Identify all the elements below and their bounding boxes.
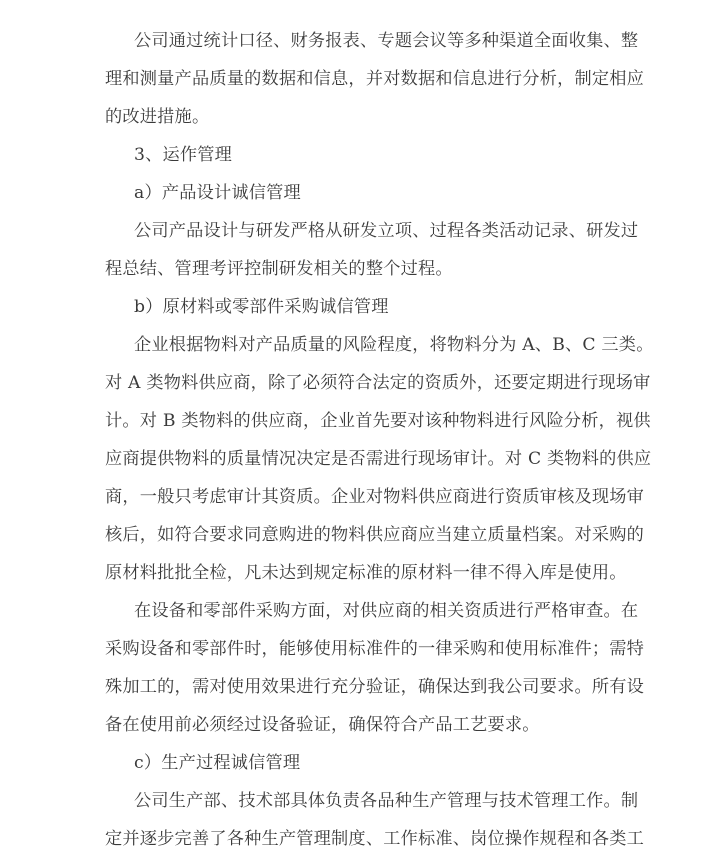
text-line: 定并逐步完善了各种生产管理制度、工作标准、岗位操作规程和各类工 xyxy=(105,820,627,855)
text-line: 核后，如符合要求同意购进的物料供应商应当建立质量档案。对采购的 xyxy=(105,516,627,554)
subheading-production: c）生产过程诚信管理 xyxy=(105,744,627,782)
text-line: 程总结、管理考评控制研发相关的整个过程。 xyxy=(105,250,627,288)
text-line: 在设备和零部件采购方面，对供应商的相关资质进行严格审查。在 xyxy=(105,592,627,630)
text-line: 公司产品设计与研发严格从研发立项、过程各类活动记录、研发过 xyxy=(105,212,627,250)
text-line: 公司生产部、技术部具体负责各品种生产管理与技术管理工作。制 xyxy=(105,782,627,820)
text-line: 商，一般只考虑审计其资质。企业对物料供应商进行资质审核及现场审 xyxy=(105,478,627,516)
paragraph-product-design: 公司产品设计与研发严格从研发立项、过程各类活动记录、研发过 程总结、管理考评控制… xyxy=(105,212,627,288)
text-line: 理和测量产品质量的数据和信息，并对数据和信息进行分析，制定相应 xyxy=(105,60,627,98)
text-line: 计。对 B 类物料的供应商，企业首先要对该种物料进行风险分析，视供 xyxy=(105,402,627,440)
subheading-procurement: b）原材料或零部件采购诚信管理 xyxy=(105,288,627,326)
document-page: 公司通过统计口径、财务报表、专题会议等多种渠道全面收集、整 理和测量产品质量的数… xyxy=(105,22,627,855)
text-line: 采购设备和零部件时，能够使用标准件的一律采购和使用标准件；需特 xyxy=(105,630,627,668)
paragraph-data-analysis: 公司通过统计口径、财务报表、专题会议等多种渠道全面收集、整 理和测量产品质量的数… xyxy=(105,22,627,136)
paragraph-equipment-procurement: 在设备和零部件采购方面，对供应商的相关资质进行严格审查。在 采购设备和零部件时，… xyxy=(105,592,627,744)
text-line: 对 A 类物料供应商，除了必须符合法定的资质外，还要定期进行现场审 xyxy=(105,364,627,402)
section-heading-operations: 3、运作管理 xyxy=(105,136,627,174)
subheading-product-design: a）产品设计诚信管理 xyxy=(105,174,627,212)
text-line: 应商提供物料的质量情况决定是否需进行现场审计。对 C 类物料的供应 xyxy=(105,440,627,478)
text-line: 备在使用前必须经过设备验证，确保符合产品工艺要求。 xyxy=(105,706,627,744)
text-line: 的改进措施。 xyxy=(105,98,627,136)
paragraph-production: 公司生产部、技术部具体负责各品种生产管理与技术管理工作。制 定并逐步完善了各种生… xyxy=(105,782,627,855)
text-line: 殊加工的，需对使用效果进行充分验证，确保达到我公司要求。所有设 xyxy=(105,668,627,706)
text-line: 公司通过统计口径、财务报表、专题会议等多种渠道全面收集、整 xyxy=(105,22,627,60)
text-line: 企业根据物料对产品质量的风险程度，将物料分为 A、B、C 三类。 xyxy=(105,326,627,364)
paragraph-material-classes: 企业根据物料对产品质量的风险程度，将物料分为 A、B、C 三类。 对 A 类物料… xyxy=(105,326,627,592)
text-line: 原材料批批全检，凡未达到规定标准的原材料一律不得入库是使用。 xyxy=(105,554,627,592)
